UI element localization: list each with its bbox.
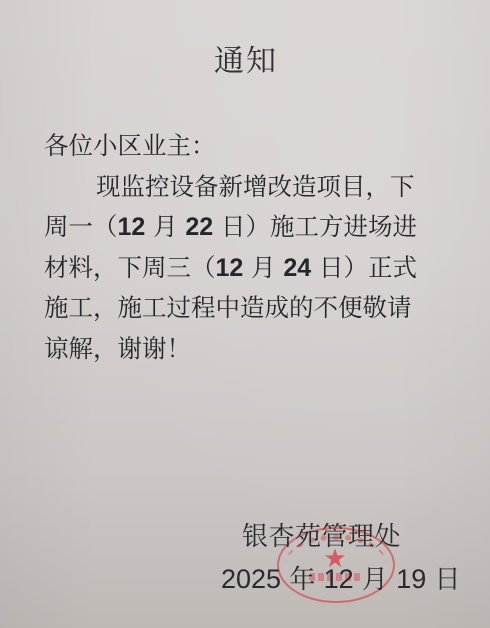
text-fragment: 月 (145, 212, 185, 241)
paragraph-line-3: 材料，下周三（12 月 24 日）正式 (44, 248, 464, 289)
date-year: 2025 (221, 564, 281, 594)
text-fragment: 月 (243, 253, 283, 282)
day-number: 22 (185, 213, 213, 241)
notice-body: 各位小区业主： 现监控设备新增改造项目，下 周一（12 月 22 日）施工方进场… (44, 126, 464, 370)
date-year-unit: 年 (281, 565, 324, 595)
salutation: 各位小区业主： (44, 126, 464, 167)
text-fragment: 材料，下周三（ (44, 253, 216, 282)
notice-title: 通知 (0, 36, 490, 80)
text-fragment: 日）施工方进场进 (213, 212, 417, 241)
date-day-unit: 日 (426, 565, 460, 595)
paragraph-line-4: 施工，施工过程中造成的不便敬请 (44, 288, 464, 329)
month-number: 12 (118, 213, 146, 241)
day-number: 24 (283, 254, 311, 282)
text-fragment: 周一（ (44, 212, 118, 241)
paragraph-line-5: 谅解，谢谢！ (44, 329, 464, 370)
issue-date: 2025 年 12 月 19 日 (221, 559, 461, 596)
paragraph-line-2: 周一（12 月 22 日）施工方进场进 (44, 207, 464, 248)
paragraph-line-1: 现监控设备新增改造项目，下 (44, 167, 464, 208)
month-number: 12 (216, 254, 244, 282)
date-day: 19 (396, 564, 426, 594)
date-month-unit: 月 (354, 565, 397, 595)
date-month: 12 (324, 564, 354, 594)
signature-issuer: 银杏苑管理处 (242, 516, 401, 553)
text-fragment: 日）正式 (311, 253, 417, 282)
